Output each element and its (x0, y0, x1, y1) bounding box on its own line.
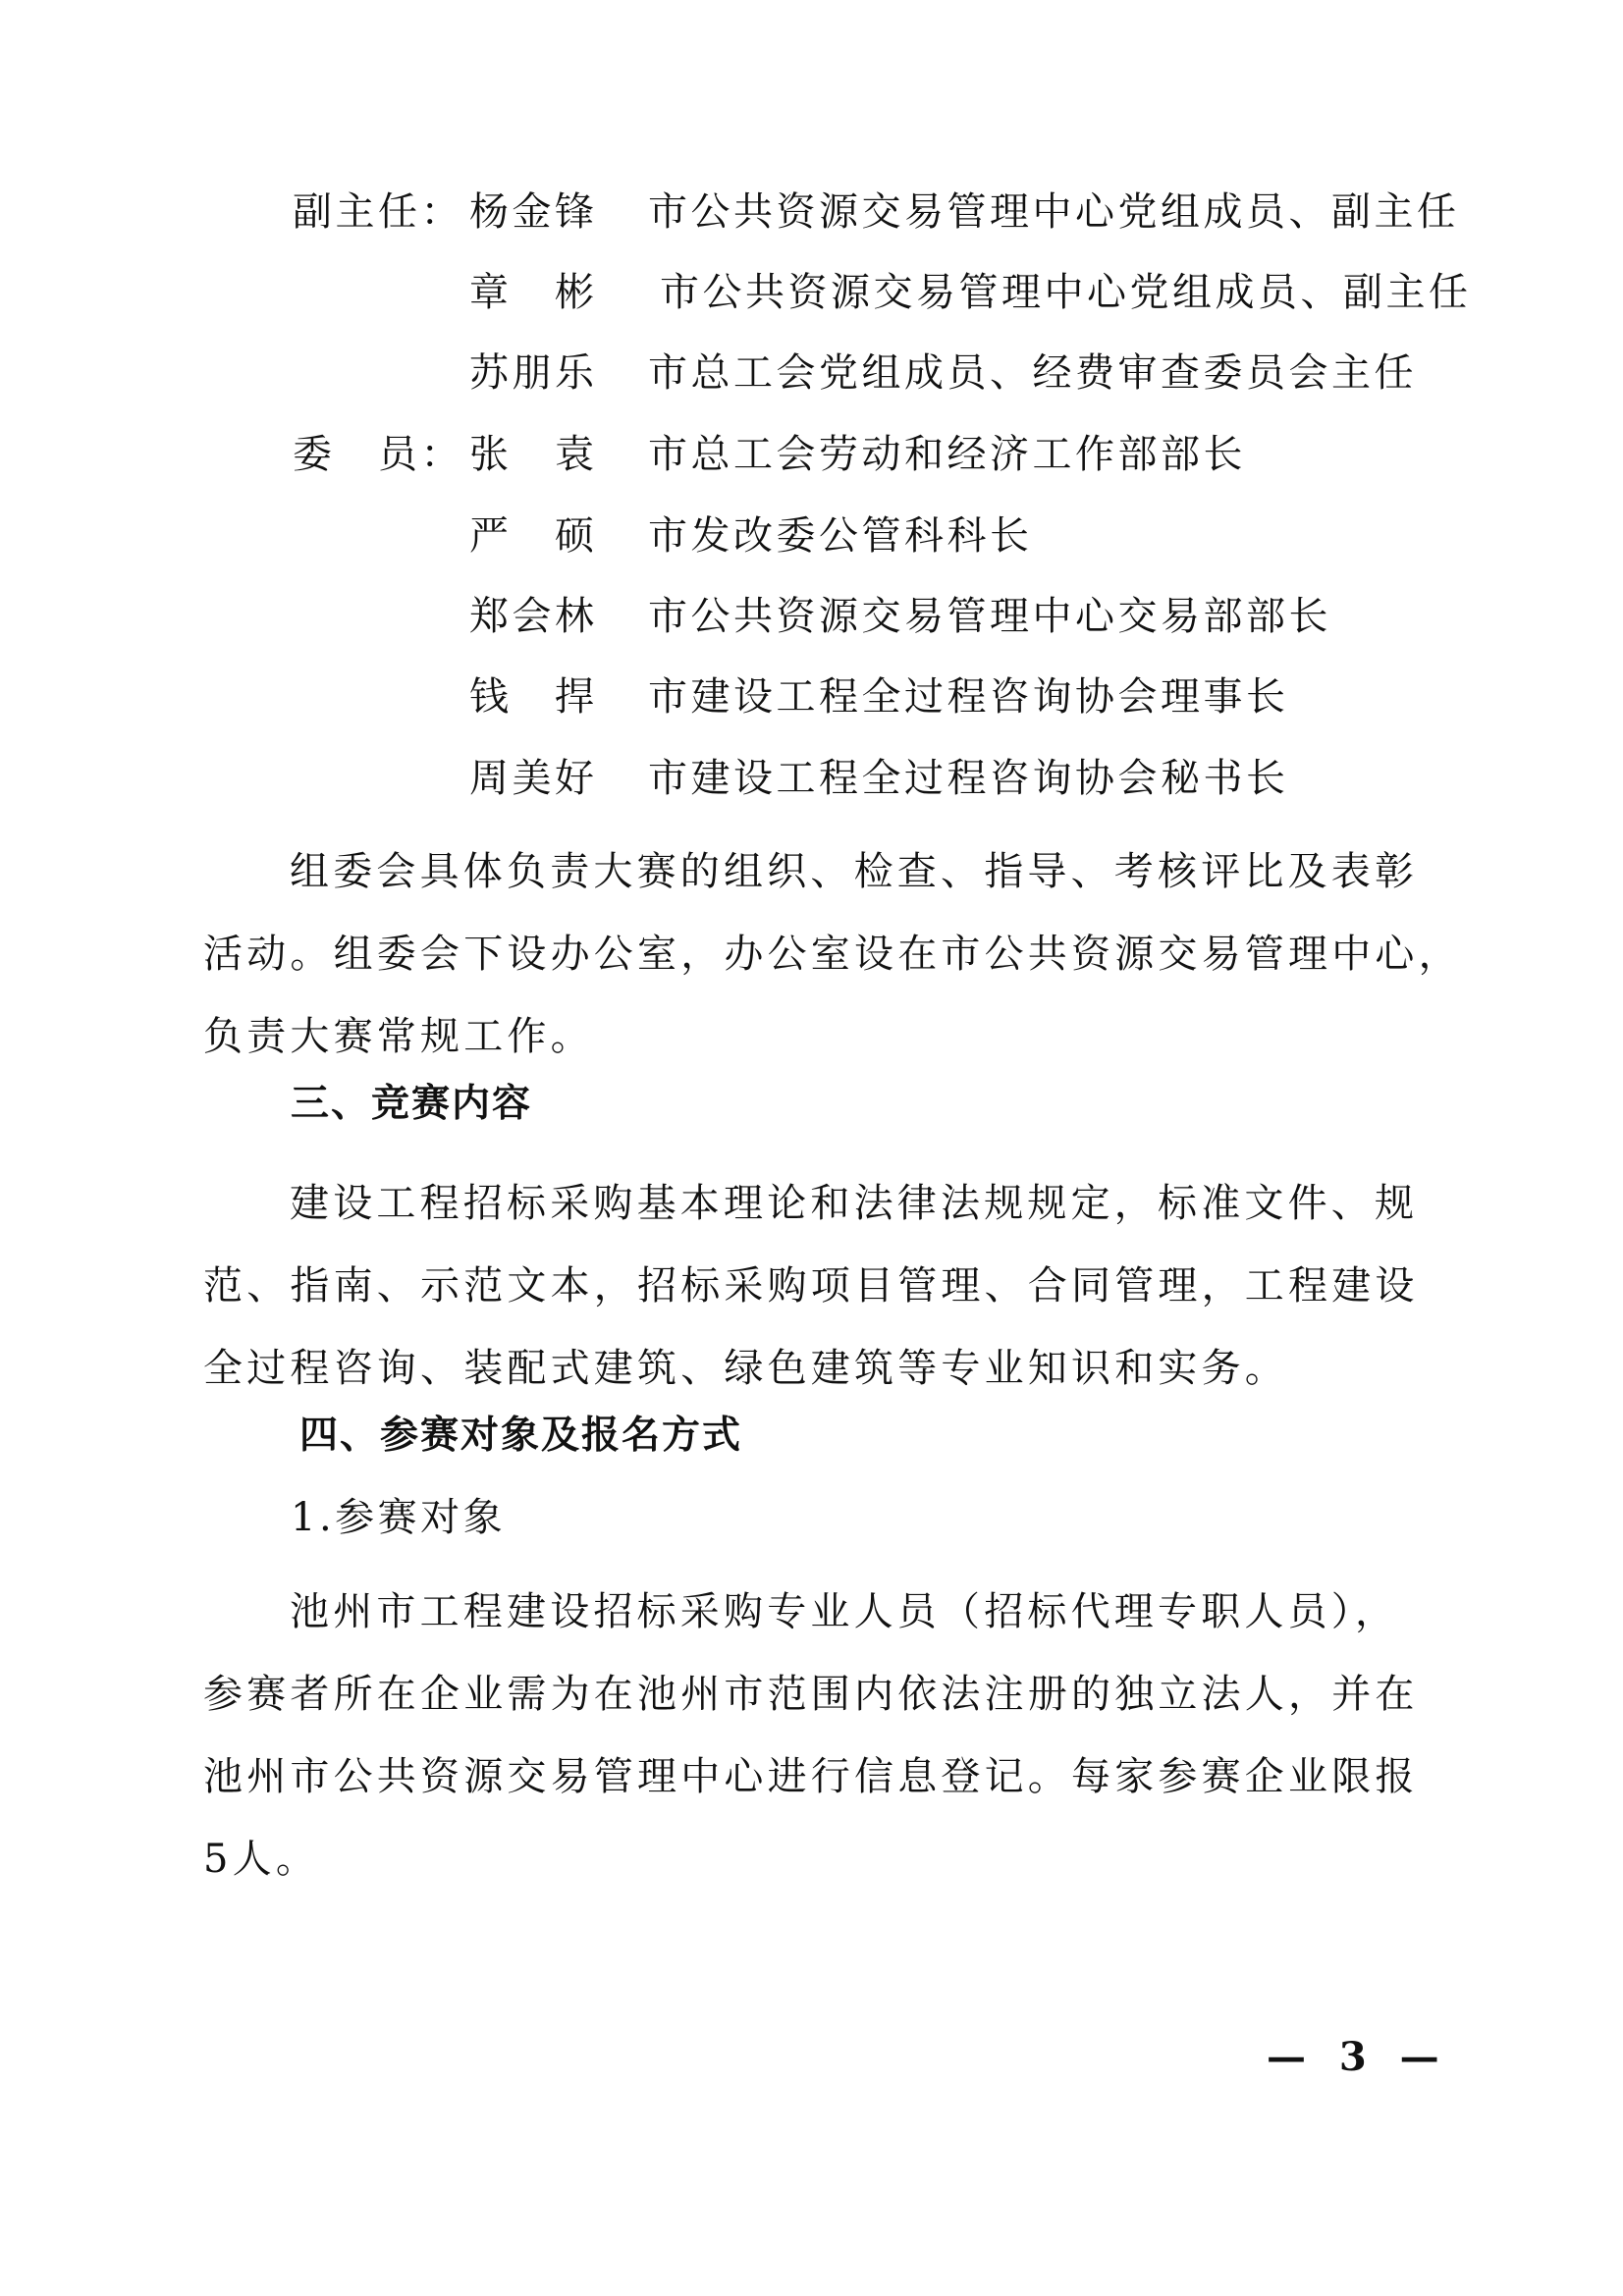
member-name: 章 彬 (469, 267, 598, 318)
member-name: 钱 捍 (469, 671, 598, 722)
member-name: 张 袁 (469, 429, 598, 480)
paragraph-line: 负责大赛常规工作。 (203, 995, 1431, 1078)
paragraph-line: 池州市工程建设招标采购专业人员（招标代理专职人员）， (203, 1571, 1431, 1653)
member-title: 市公共资源交易管理中心党组成员、副主任 (648, 187, 1460, 238)
member-title: 市公共资源交易管理中心党组成员、副主任 (660, 267, 1472, 318)
subsection-heading-4-1: 1.参赛对象 (291, 1492, 506, 1543)
paragraph-line: 5人。 (203, 1818, 1431, 1900)
member-title: 市总工会劳动和经济工作部部长 (648, 429, 1246, 480)
paragraph-line: 全过程咨询、装配式建筑、绿色建筑等专业知识和实务。 (203, 1327, 1431, 1410)
document-page: 副主任： 杨金锋 市公共资源交易管理中心党组成员、副主任 章 彬 市公共资源交易… (0, 0, 1623, 2296)
member-name: 郑会林 (469, 591, 598, 642)
paragraph-line: 组委会具体负责大赛的组织、检查、指导、考核评比及表彰 (203, 830, 1431, 913)
member-name: 严 硕 (469, 510, 598, 561)
committee-description: 组委会具体负责大赛的组织、检查、指导、考核评比及表彰 活动。组委会下设办公室，办… (203, 830, 1431, 1078)
paragraph-line: 建设工程招标采购基本理论和法律法规规定，标准文件、规 (203, 1162, 1431, 1245)
section-heading-4: 四、参赛对象及报名方式 (299, 1411, 742, 1462)
paragraph-line: 范、指南、示范文本，招标采购项目管理、合同管理，工程建设 (203, 1245, 1431, 1327)
paragraph-line: 参赛者所在企业需为在池州市范围内依法注册的独立法人，并在 (203, 1653, 1431, 1735)
section-heading-3: 三、竞赛内容 (291, 1079, 532, 1130)
member-name: 周美好 (469, 753, 598, 804)
member-title: 市公共资源交易管理中心交易部部长 (648, 591, 1331, 642)
section-4-1-body: 池州市工程建设招标采购专业人员（招标代理专职人员）， 参赛者所在企业需为在池州市… (203, 1571, 1431, 1900)
member-name: 杨金锋 (469, 187, 598, 238)
role-label-vice-director: 副主任： (293, 187, 463, 238)
member-title: 市建设工程全过程咨询协会理事长 (648, 671, 1289, 722)
paragraph-line: 池州市公共资源交易管理中心进行信息登记。每家参赛企业限报 (203, 1735, 1431, 1818)
paragraph-line: 活动。组委会下设办公室，办公室设在市公共资源交易管理中心， (203, 913, 1431, 995)
member-title: 市建设工程全过程咨询协会秘书长 (648, 753, 1289, 804)
member-title: 市总工会党组成员、经费审查委员会主任 (648, 347, 1417, 399)
role-label-member: 委 员： (293, 429, 463, 480)
member-title: 市发改委公管科科长 (648, 510, 1033, 561)
member-name: 苏朋乐 (469, 347, 598, 399)
section-3-body: 建设工程招标采购基本理论和法律法规规定，标准文件、规 范、指南、示范文本，招标采… (203, 1162, 1431, 1410)
page-number: — 3 — (1267, 2034, 1449, 2080)
